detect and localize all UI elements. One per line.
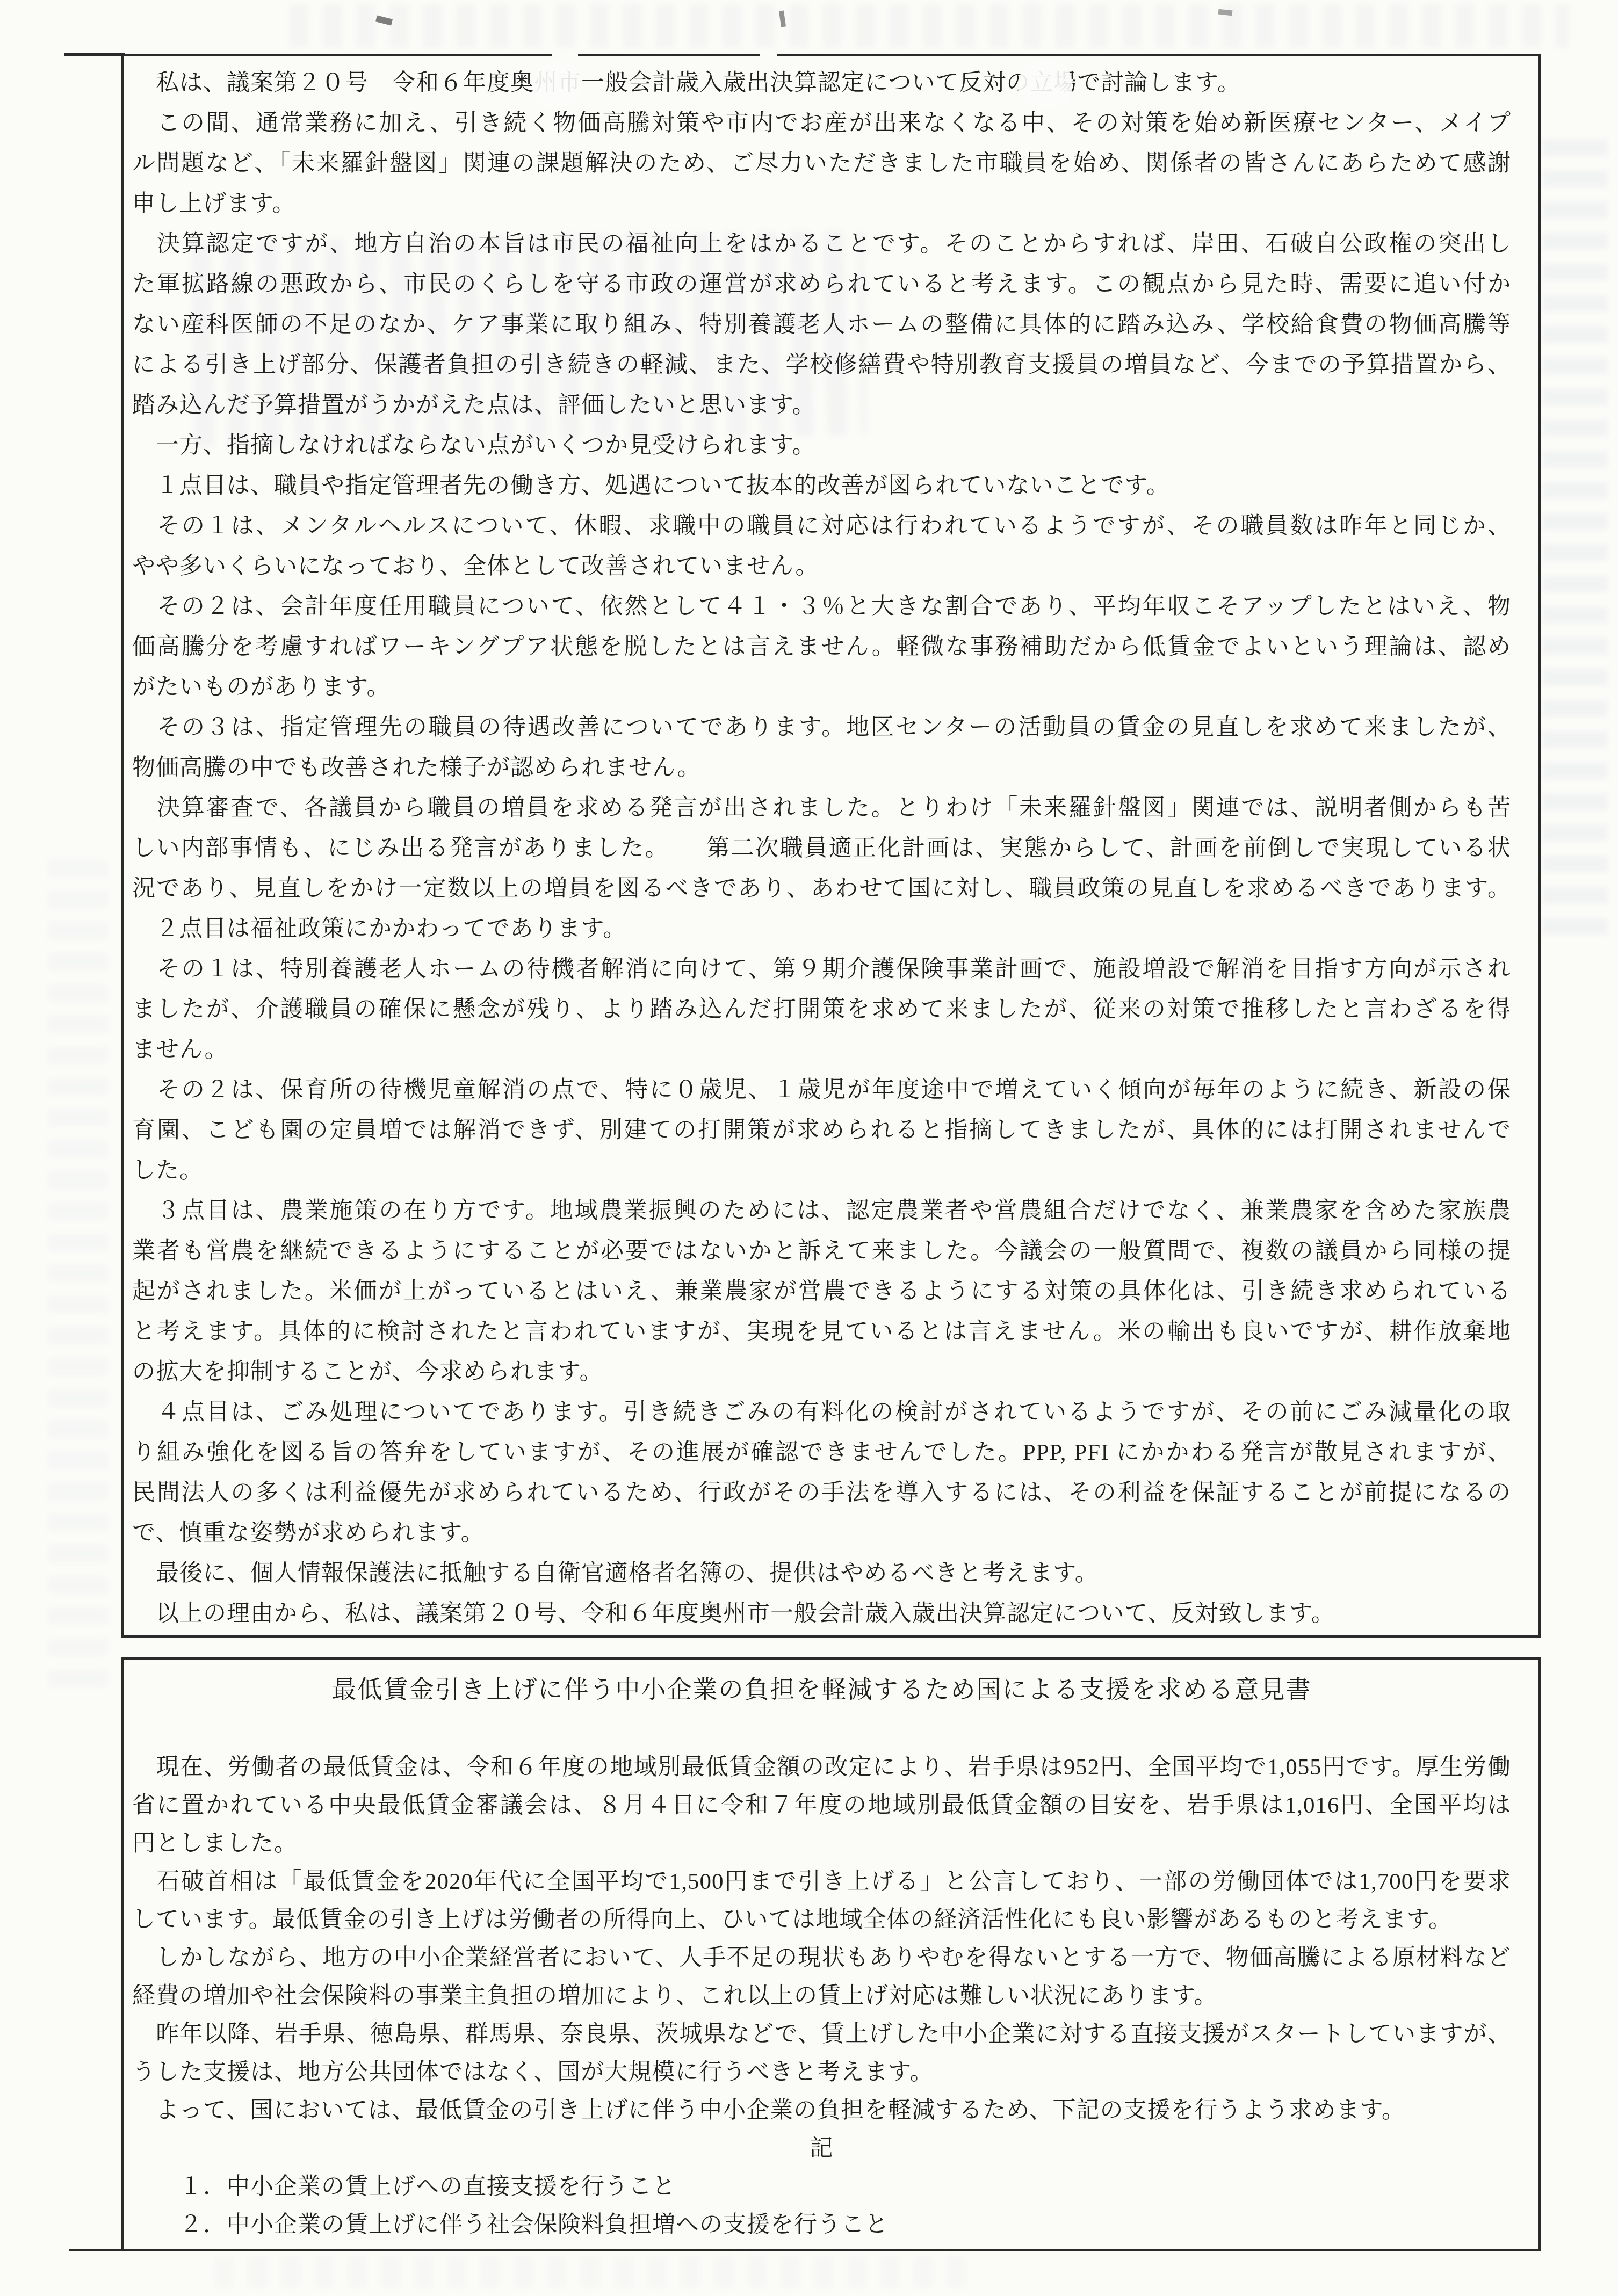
text-line: ル問題など、「未来羅針盤図」関連の課題解決のため、ご尽力いただきました市職員を始… <box>132 143 1511 184</box>
text-line: 民間法人の多くは利益優先が求められているため、行政がその手法を導入するには、その… <box>132 1473 1511 1513</box>
discussion-text: 私は、議案第２０号 令和６年度奥州市一般会計歳入歳出決算認定について反対の立場で… <box>132 63 1511 1634</box>
text-line: 決算審査で、各議員から職員の増員を求める発言が出されました。とりわけ「未来羅針盤… <box>132 788 1511 828</box>
text-line: 経費の増加や社会保険料の事業主負担の増加により、これ以上の賃上げ対応は難しい状況… <box>132 1977 1511 2015</box>
text-line: と考えます。具体的に検討されたと言われていますが、実現を見ているとは言えません。… <box>132 1312 1511 1352</box>
scan-speck <box>779 11 786 27</box>
text-line: 物価高騰の中でも改善された様子が認められません。 <box>132 748 1511 788</box>
text-line: しています。最低賃金の引き上げは労働者の所得向上、ひいては地域全体の経済活性化に… <box>132 1901 1511 1939</box>
bleedthrough-ghost <box>48 849 107 1686</box>
opinion-letter-box: 最低賃金引き上げに伴う中小企業の負担を軽減するため国による支援を求める意見書 現… <box>121 1657 1541 2251</box>
text-line: 価高騰分を考慮すればワーキングプア状態を脱したとは言えません。軽微な事務補助だか… <box>132 627 1511 667</box>
text-line: ない産科医師の不足のなか、ケア事業に取り組み、特別養護老人ホームの整備に具体的に… <box>132 305 1511 345</box>
text-line: 記 <box>132 2130 1511 2168</box>
text-line: その２は、保育所の待機児童解消の点で、特に０歳児、１歳児が年度途中で増えていく傾… <box>132 1070 1511 1110</box>
bottom-rule-extension <box>69 2249 125 2251</box>
text-line: 最後に、個人情報保護法に抵触する自衛官適格者名簿の、提供はやめるべきと考えます。 <box>132 1553 1511 1594</box>
text-line: 石破首相は「最低賃金を2020年代に全国平均で1,500円まで引き上げる」と公言… <box>132 1863 1511 1901</box>
scan-speck <box>375 16 393 26</box>
text-line: 一方、指摘しなければならない点がいくつか見受けられます。 <box>132 425 1511 466</box>
text-line: り組み強化を図る旨の答弁をしていますが、その進展が確認できませんでした。PPP,… <box>132 1432 1511 1473</box>
text-line: その１は、特別養護老人ホームの待機者解消に向けて、第９期介護保険事業計画で、施設… <box>132 949 1511 989</box>
text-line: やや多いくらいになっており、全体として改善されていません。 <box>132 546 1511 586</box>
text-line: 円としました。 <box>132 1824 1511 1863</box>
whiteout-border-gap <box>760 50 777 59</box>
text-line: １．中小企業の賃上げへの直接支援を行うこと <box>132 2168 1511 2206</box>
text-line: 昨年以降、岩手県、徳島県、群馬県、奈良県、茨城県などで、賃上げした中小企業に対す… <box>132 2015 1511 2053</box>
text-line: の拡大を抑制することが、今求められます。 <box>132 1352 1511 1392</box>
bleedthrough-ghost <box>1543 129 1607 935</box>
text-line: で、慎重な姿勢が求められます。 <box>132 1513 1511 1553</box>
bleedthrough-ghost <box>215 2256 967 2288</box>
text-line: ２．中小企業の賃上げに伴う社会保険料負担増への支援を行うこと <box>132 2206 1511 2244</box>
top-rule-extension <box>64 53 125 56</box>
scan-speck <box>1218 9 1233 16</box>
discussion-statement-box: 私は、議案第２０号 令和６年度奥州市一般会計歳入歳出決算認定について反対の立場で… <box>121 54 1541 1638</box>
text-line: がたいものがあります。 <box>132 667 1511 707</box>
text-line: しい内部事情も、にじみ出る発言がありました。 第二次職員適正化計画は、実態からし… <box>132 828 1511 868</box>
text-line: 起がされました。米価が上がっているとはいえ、兼業農家が営農できるようにする対策の… <box>132 1271 1511 1312</box>
text-line: １点目は、職員や指定管理者先の働き方、処遇について抜本的改善が図られていないこと… <box>132 466 1511 506</box>
text-line: よって、国においては、最低賃金の引き上げに伴う中小企業の負担を軽減するため、下記… <box>132 2091 1511 2130</box>
whiteout-border-gap <box>552 51 578 59</box>
text-line: ２点目は福祉政策にかかわってであります。 <box>132 909 1511 949</box>
text-line: その１は、メンタルヘルスについて、休暇、求職中の職員に対応は行われているようです… <box>132 506 1511 546</box>
text-line: ません。 <box>132 1030 1511 1070</box>
opinion-letter-text: 現在、労働者の最低賃金は、令和６年度の地域別最低賃金額の改定により、岩手県は95… <box>132 1748 1511 2244</box>
text-line: 況であり、見直しをかけ一定数以上の増員を図るべきであり、あわせて国に対し、職員政… <box>132 868 1511 909</box>
text-line: 決算認定ですが、地方自治の本旨は市民の福祉向上をはかることです。そのことからすれ… <box>132 224 1511 264</box>
text-line: しかしながら、地方の中小企業経営者において、人手不足の現状もありやむを得ないとす… <box>132 1939 1511 1977</box>
text-line: 私は、議案第２０号 令和６年度奥州市一般会計歳入歳出決算認定について反対の立場で… <box>132 63 1511 103</box>
text-line: た軍拡路線の悪政から、市民のくらしを守る市政の運営が求められていると考えます。こ… <box>132 264 1511 305</box>
bleedthrough-ghost <box>290 4 1569 47</box>
text-line: うした支援は、地方公共団体ではなく、国が大規模に行うべきと考えます。 <box>132 2053 1511 2091</box>
text-line: ４点目は、ごみ処理についてであります。引き続きごみの有料化の検討がされているよう… <box>132 1392 1511 1432</box>
text-line: ３点目は、農業施策の在り方です。地域農業振興のためには、認定農業者や営農組合だけ… <box>132 1191 1511 1231</box>
text-line: 申し上げます。 <box>132 184 1511 224</box>
text-line: 省に置かれている中央最低賃金審議会は、８月４日に令和７年度の地域別最低賃金額の目… <box>132 1786 1511 1824</box>
opinion-letter-title: 最低賃金引き上げに伴う中小企業の負担を軽減するため国による支援を求める意見書 <box>132 1669 1511 1710</box>
text-line: 育園、こども園の定員増では解消できず、別建ての打開策が求められると指摘してきまし… <box>132 1110 1511 1150</box>
text-line: ましたが、介護職員の確保に懸念が残り、より踏み込んだ打開策を求めて来ましたが、従… <box>132 989 1511 1030</box>
text-line: 業者も営農を継続できるようにすることが必要ではないかと訴えて来ました。今議会の一… <box>132 1231 1511 1271</box>
text-line: その２は、会計年度任用職員について、依然として４１・３％と大きな割合であり、平均… <box>132 586 1511 627</box>
text-line: 現在、労働者の最低賃金は、令和６年度の地域別最低賃金額の改定により、岩手県は95… <box>132 1748 1511 1786</box>
text-line: による引き上げ部分、保護者負担の引き続きの軽減、また、学校修繕費や特別教育支援員… <box>132 345 1511 385</box>
scanned-document-page: 私は、議案第２０号 令和６年度奥州市一般会計歳入歳出決算認定について反対の立場で… <box>0 0 1618 2296</box>
text-line: その３は、指定管理先の職員の待遇改善についてであります。地区センターの活動員の賃… <box>132 707 1511 748</box>
text-line: した。 <box>132 1150 1511 1191</box>
text-line: 以上の理由から、私は、議案第２０号、令和６年度奥州市一般会計歳入歳出決算認定につ… <box>132 1594 1511 1634</box>
text-line: 踏み込んだ予算措置がうかがえた点は、評価したいと思います。 <box>132 385 1511 425</box>
text-line: この間、通常業務に加え、引き続く物価高騰対策や市内でお産が出来なくなる中、その対… <box>132 103 1511 143</box>
